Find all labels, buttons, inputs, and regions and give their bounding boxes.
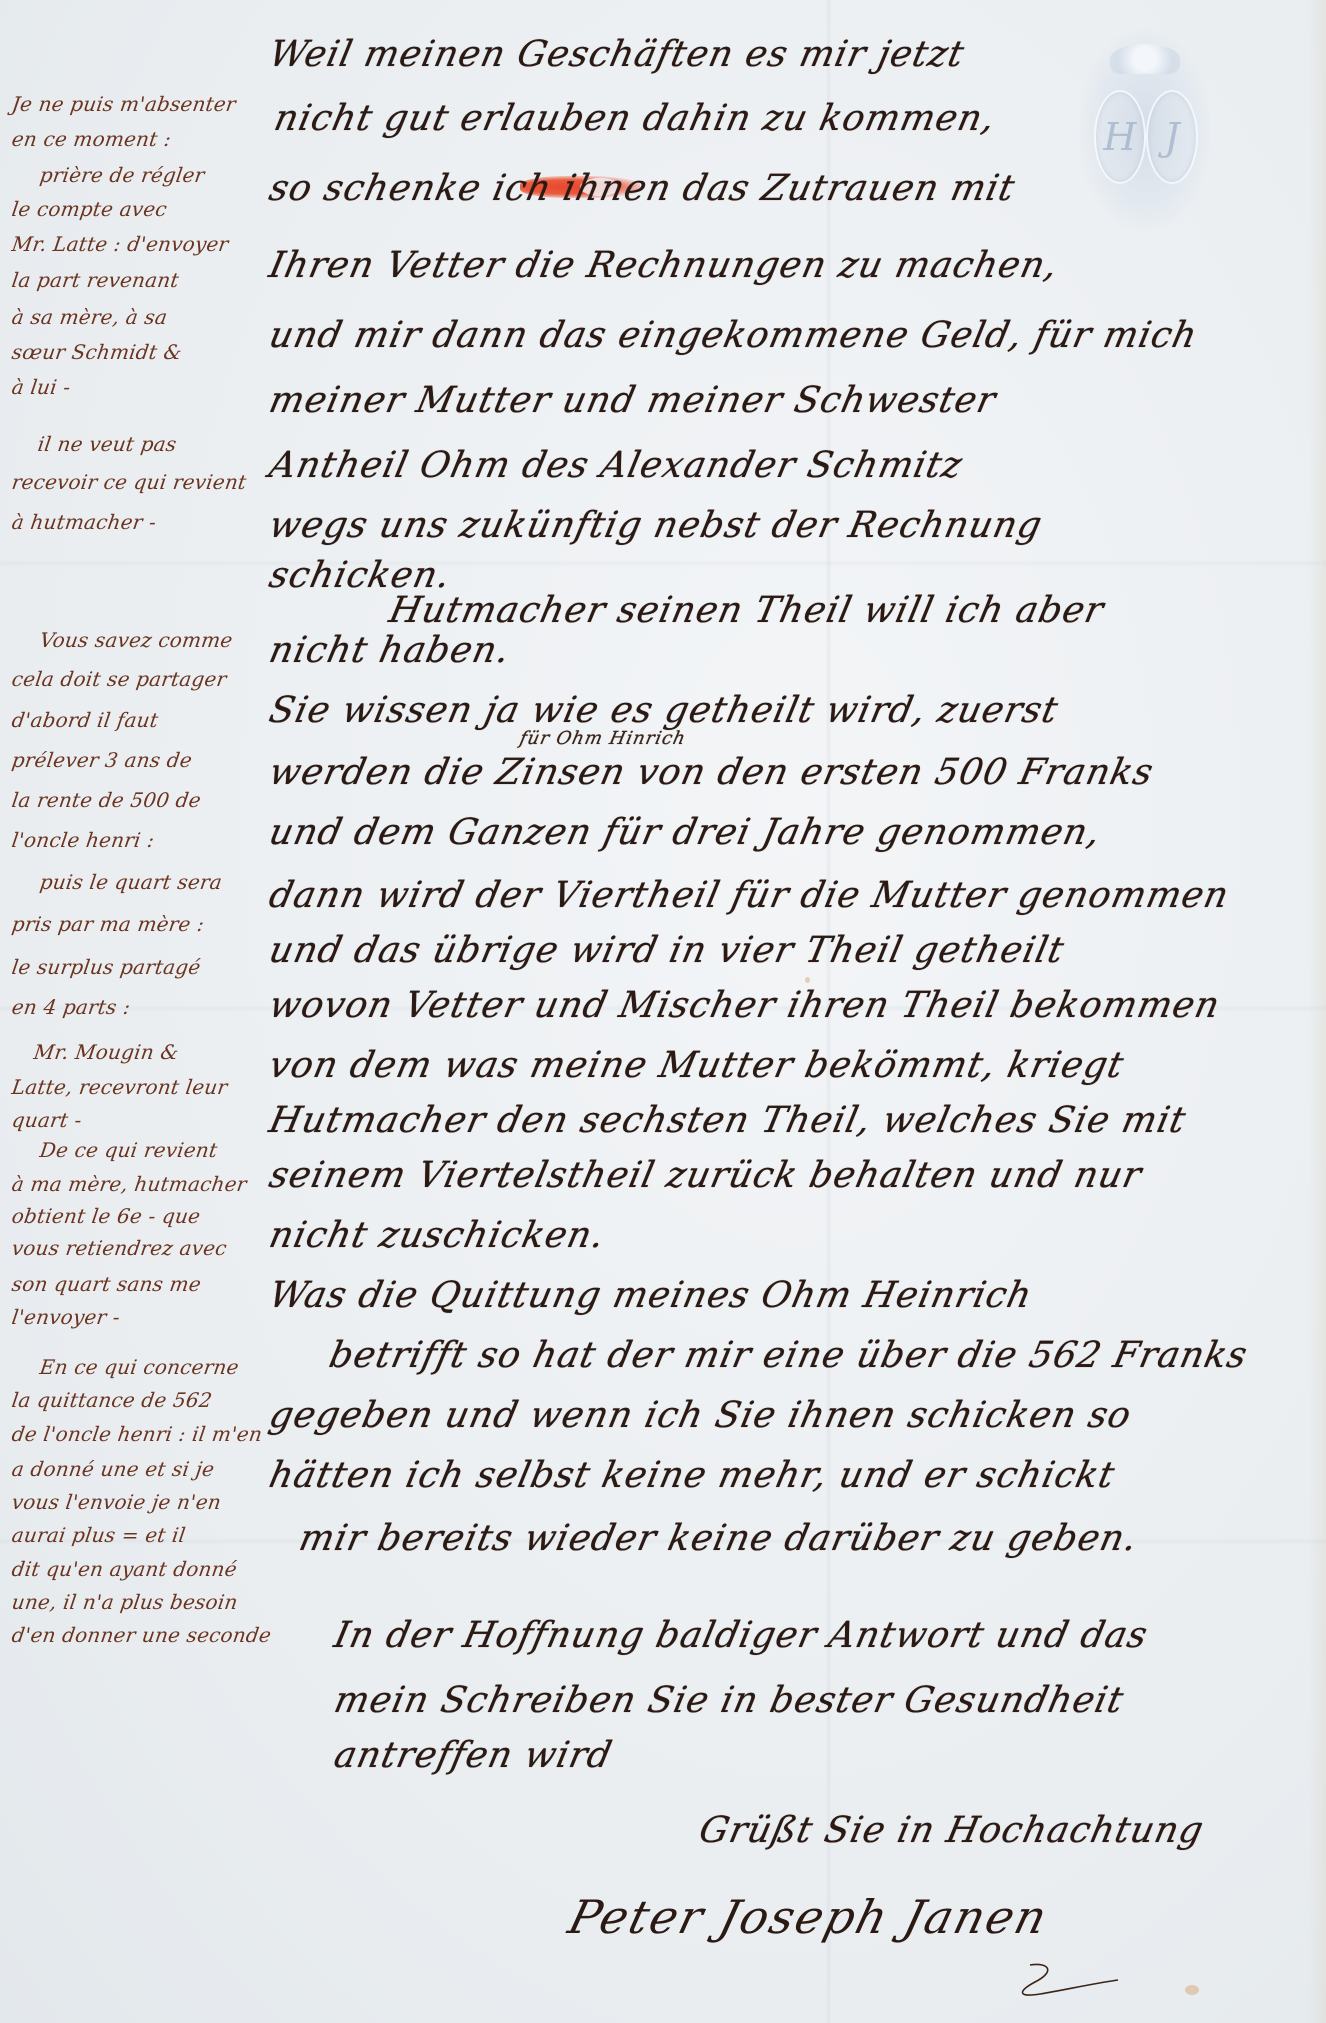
embossed-monogram-seal: H J (1080, 30, 1210, 230)
main-line-14: und dem Ganzen für drei Jahre genommen, (266, 812, 1105, 853)
margin-line-36: vous l'envoie je n'en (10, 1490, 222, 1514)
margin-line-33: la quittance de 562 (10, 1388, 213, 1412)
margin-line-38: dit qu'en ayant donné (10, 1557, 238, 1581)
margin-line-23: Mr. Mougin & (32, 1040, 180, 1064)
margin-line-10: il ne veut pas (36, 432, 178, 456)
margin-line-8: sœur Schmidt & (10, 340, 183, 364)
main-line-5: und mir dann das eingekommene Geld, für … (266, 315, 1202, 356)
margin-line-19: puis le quart sera (38, 870, 223, 894)
main-line-25: hätten ich selbst keine mehr, und er sch… (266, 1455, 1119, 1496)
margin-line-13: Vous savez comme (38, 628, 234, 652)
main-line-7: Antheil Ohm des Alexander Schmitz (266, 445, 967, 486)
main-line-8: wegs uns zukünftig nebst der Rechnung (266, 505, 1047, 546)
paper-stain (805, 977, 810, 983)
crown-emboss-icon (1110, 44, 1180, 74)
margin-line-15: d'abord il faut (10, 708, 160, 732)
margin-line-29: vous retiendrez avec (10, 1236, 228, 1260)
margin-line-39: une, il n'a plus besoin (10, 1590, 239, 1614)
signature-flourish-icon (1010, 1960, 1120, 2000)
margin-line-9: à lui - (10, 375, 72, 399)
main-line-28: mein Schreiben Sie in bester Gesundheit (331, 1680, 1128, 1721)
main-line-29: antreffen wird (331, 1735, 617, 1776)
margin-line-24: Latte, recevront leur (10, 1075, 229, 1099)
paper-stain (1185, 1985, 1199, 1995)
margin-line-4: le compte avec (10, 197, 168, 221)
margin-line-18: l'oncle henri : (10, 828, 156, 852)
margin-line-31: l'envoyer - (10, 1305, 121, 1329)
margin-line-32: En ce qui concerne (38, 1355, 240, 1379)
margin-line-25: quart - (10, 1108, 83, 1132)
monogram-right-letter: J (1146, 90, 1198, 184)
main-line-11: nicht haben. (266, 630, 514, 671)
main-line-12: Sie wissen ja wie es getheilt wird, zuer… (266, 690, 1063, 731)
main-line-22: Was die Quittung meines Ohm Heinrich (266, 1275, 1036, 1316)
main-line-23: betrifft so hat der mir eine über die 56… (326, 1335, 1252, 1376)
main-line-13: werden die Zinsen von den ersten 500 Fra… (266, 752, 1158, 793)
margin-line-20: pris par ma mère : (10, 912, 206, 936)
main-line-19: Hutmacher den sechsten Theil, welches Si… (266, 1100, 1190, 1141)
main-line-21: nicht zuschicken. (266, 1215, 609, 1256)
margin-line-16: prélever 3 ans de (10, 748, 193, 772)
margin-line-27: à ma mère, hutmacher (10, 1172, 248, 1196)
signature: Peter Joseph Janen (563, 1890, 1054, 1944)
margin-line-12: à hutmacher - (10, 510, 158, 534)
margin-line-34: de l'oncle henri : il m'en (10, 1422, 264, 1446)
main-line-3: so schenke ich ihnen das Zutrauen mit (266, 168, 1019, 209)
margin-line-35: a donné une et si je (10, 1457, 216, 1481)
main-line-17: wovon Vetter und Mischer ihren Theil bek… (266, 985, 1224, 1026)
main-line-4: Ihren Vetter die Rechnungen zu machen, (266, 245, 1062, 286)
margin-line-14: cela doit se partager (10, 667, 228, 691)
margin-line-26: De ce qui revient (38, 1138, 219, 1162)
closing-greeting: Grüßt Sie in Hochachtung (696, 1810, 1208, 1851)
margin-line-22: en 4 parts : (10, 995, 132, 1019)
margin-line-5: Mr. Latte : d'envoyer (10, 232, 230, 256)
margin-line-7: à sa mère, à sa (10, 305, 169, 329)
monogram-left-letter: H (1094, 90, 1146, 184)
margin-line-6: la part revenant (10, 268, 180, 292)
main-line-20: seinem Viertelstheil zurück behalten und… (266, 1155, 1146, 1196)
main-line-6: meiner Mutter und meiner Schwester (266, 380, 1000, 421)
main-line-26: mir bereits wieder keine darüber zu gebe… (296, 1518, 1142, 1559)
margin-line-17: la rente de 500 de (10, 788, 202, 812)
main-line-10: Hutmacher seinen Theil will ich aber (386, 590, 1108, 631)
margin-line-11: recevoir ce qui revient (10, 470, 248, 494)
main-line-15: dann wird der Viertheil für die Mutter g… (266, 875, 1233, 916)
margin-line-40: d'en donner une seconde (10, 1623, 273, 1647)
margin-line-37: aurai plus = et il (10, 1523, 187, 1547)
main-line-1: Weil meinen Geschäften es mir jetzt (266, 34, 969, 75)
main-line-2: nicht gut erlauben dahin zu kommen, (271, 98, 1000, 139)
main-line-18: von dem was meine Mutter bekömmt, kriegt (266, 1045, 1128, 1086)
main-line-27: In der Hoffnung baldiger Antwort und das (331, 1615, 1152, 1656)
letter-page: H J Weil meinen Geschäften es mir jetzt … (0, 0, 1326, 2023)
margin-line-21: le surplus partagé (10, 955, 202, 979)
margin-line-2: en ce moment : (10, 127, 172, 151)
margin-line-1: Je ne puis m'absenter (10, 92, 237, 116)
margin-line-30: son quart sans me (10, 1272, 202, 1296)
main-line-16: und das übrige wird in vier Theil gethei… (266, 930, 1068, 971)
margin-line-3: prière de régler (38, 163, 206, 187)
margin-line-28: obtient le 6e - que (10, 1204, 202, 1228)
interlinear-insertion: für Ohm Hinrich (518, 728, 688, 749)
main-line-24: gegeben und wenn ich Sie ihnen schicken … (266, 1395, 1136, 1436)
paper-edge (1308, 0, 1326, 2023)
